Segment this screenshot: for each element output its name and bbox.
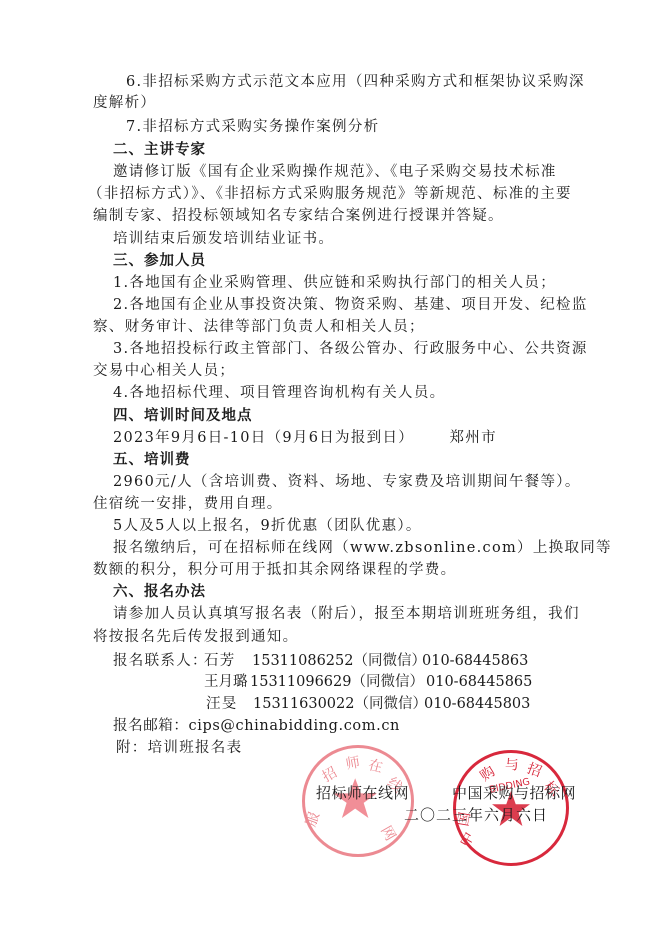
- list-item-7: 7.非招标方式采购实务操作案例分析: [126, 117, 616, 137]
- section-heading-experts: 二、主讲专家: [113, 140, 603, 160]
- contact-name: 王月璐: [204, 672, 248, 692]
- fee-text-cont: 住宿统一安排，费用自理。: [93, 494, 583, 514]
- paragraph-line: 邀请修订版《国有企业采购操作规范》、《电子采购交易技术标准: [113, 162, 603, 182]
- contact-phone: 010-68445863: [422, 651, 528, 671]
- list-item-participant-2-cont: 察、财务审计、法律等部门负责人和相关人员；: [93, 317, 583, 337]
- svg-text:中: 中: [456, 829, 478, 850]
- list-item-6-line2: 度解析）: [93, 93, 583, 113]
- section-heading-fee: 五、培训费: [113, 450, 603, 470]
- time-location-text: 2023年9月6日-10日（9月6日为报到日） 郑州市: [113, 428, 603, 448]
- svg-text:在: 在: [366, 757, 384, 776]
- registration-text: 请参加人员认真填写报名表（附后），报至本期培训班班务组，我们: [113, 604, 603, 624]
- signature-org-zbsonline: 招标师在线网: [316, 783, 409, 803]
- section-heading-time-location: 四、培训时间及地点: [113, 406, 603, 426]
- fee-text: 2960元/人（含培训费、资料、场地、专家费及培训期间午餐等）。: [113, 472, 603, 492]
- signature-date: 二〇二三年六月六日: [404, 805, 548, 825]
- paragraph-line: （非招标方式）》、《非招标方式采购服务规范》等新规范、标准的主要: [88, 184, 578, 204]
- list-item-participant-2: 2.各地国有企业从事投资决策、物资采购、基建、项目开发、纪检监: [113, 295, 603, 315]
- section-heading-registration: 六、报名办法: [113, 582, 603, 602]
- contact-mobile: 15311096629（同微信）: [250, 672, 424, 692]
- signature-org-chinabidding: 中国采购与招标网: [452, 783, 576, 803]
- section-heading-participants: 三、参加人员: [113, 251, 603, 271]
- contact-mobile: 15311086252（同微信）: [252, 651, 426, 671]
- registration-email: 报名邮箱：cips@chinabidding.com.cn: [113, 716, 603, 736]
- svg-text:网: 网: [377, 823, 398, 843]
- points-text: 报名缴纳后，可在招标师在线网（www.zbsonline.com）上换取同等: [113, 538, 603, 558]
- list-item-participant-3-cont: 交易中心相关人员；: [93, 361, 583, 381]
- contact-phone: 010-68445865: [426, 672, 532, 692]
- points-text-cont: 数额的积分，积分可用于抵扣其余网络课程的学费。: [93, 560, 583, 580]
- paragraph-line: 编制专家、招投标领域知名专家结合案例进行授课并答疑。: [93, 206, 583, 226]
- contact-mobile: 15311630022（同微信）: [253, 694, 427, 714]
- list-item-participant-4: 4.各地招标代理、项目管理咨询机构有关人员。: [113, 383, 603, 403]
- document-page: 6.非招标采购方式示范文本应用（四种采购方式和框架协议采购深 度解析） 7.非招…: [0, 0, 662, 936]
- list-item-participant-3: 3.各地招投标行政主管部门、各级公管办、行政服务中心、公共资源: [113, 339, 603, 359]
- svg-text:购: 购: [477, 763, 498, 785]
- contact-name: 石芳: [204, 651, 236, 671]
- registration-text-cont: 将按报名先后传发报到通知。: [93, 627, 583, 647]
- list-item-participant-1: 1.各地国有企业采购管理、供应链和采购执行部门的相关人员；: [113, 273, 603, 293]
- svg-text:师: 师: [344, 754, 361, 773]
- paragraph-line: 培训结束后颁发培训结业证书。: [113, 229, 603, 249]
- contact-phone: 010-68445803: [424, 694, 530, 714]
- svg-text:服: 服: [303, 810, 323, 829]
- svg-text:与: 与: [504, 756, 520, 774]
- list-item-6-line1: 6.非招标采购方式示范文本应用（四种采购方式和框架协议采购深: [126, 72, 616, 92]
- contact-name: 汪旻: [206, 694, 238, 714]
- discount-text: 5人及5人以上报名，9折优惠（团队优惠）。: [113, 516, 603, 536]
